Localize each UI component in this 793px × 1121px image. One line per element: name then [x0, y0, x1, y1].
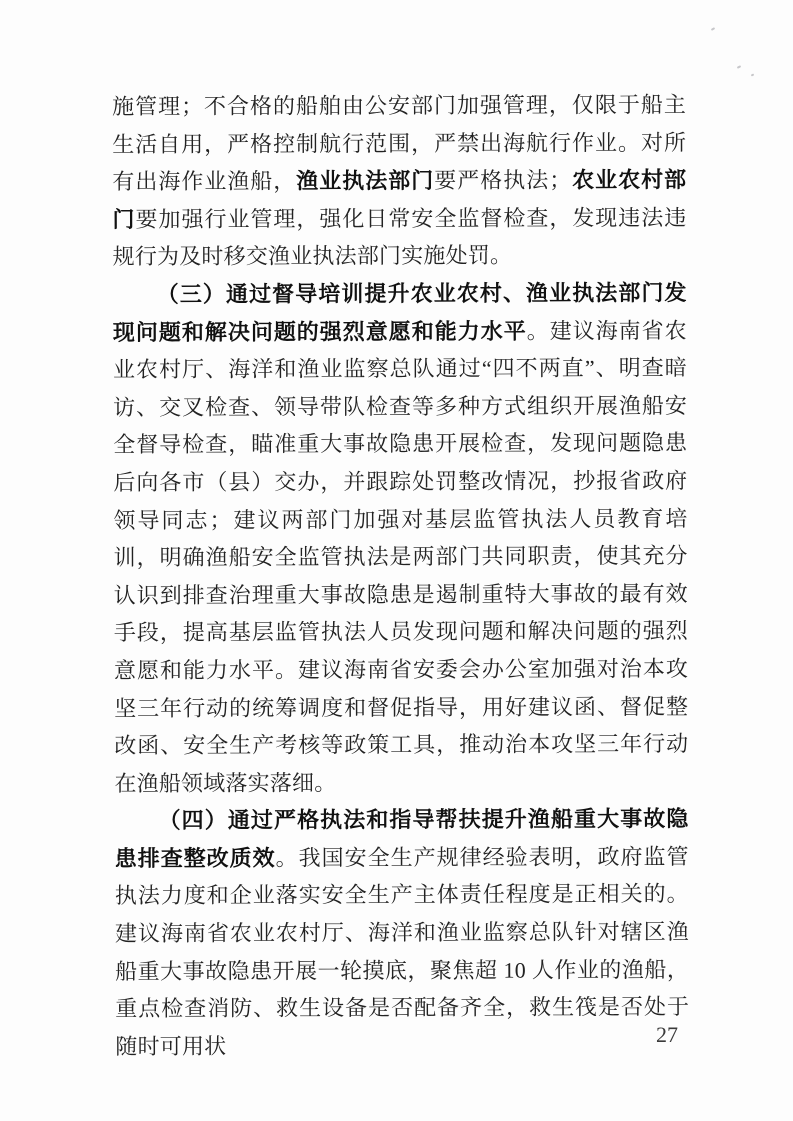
page-number: 27 [656, 1022, 678, 1048]
scanned-document-page: 施管理；不合格的船舶由公安部门加强管理，仅限于船主生活自用，严格控制航行范围，严… [0, 0, 793, 1121]
para-continuation: 施管理；不合格的船舶由公安部门加强管理，仅限于船主生活自用，严格控制航行范围，严… [112, 86, 687, 276]
para-section-3: （三）通过督导培训提升农业农村、渔业执法部门发现问题和解决问题的强烈意愿和能力水… [113, 274, 689, 802]
document-body: 施管理；不合格的船舶由公安部门加强管理，仅限于船主生活自用，严格控制航行范围，严… [112, 86, 689, 1065]
text-segment: 。建议海南省农业农村厅、海洋和渔业监察总队通过“四不两直”、明查暗访、交叉检查、… [113, 318, 688, 796]
bold-text-segment: 渔业执法部门 [296, 168, 434, 193]
scan-speck [711, 27, 715, 31]
text-segment: 要严格执法； [434, 168, 571, 193]
text-segment: 。我国安全生产规律经验表明，政府监管执法力度和企业落实安全生产主体责任程度是正相… [115, 844, 689, 1059]
scan-speck [737, 65, 741, 69]
para-section-4: （四）通过严格执法和指导帮扶提升渔船重大事故隐患排查整改质效。我国安全生产规律经… [114, 800, 689, 1065]
text-segment: 要加强行业管理，强化日常安全监督检查，发现违法违规行为及时移交渔业执法部门实施处… [113, 205, 687, 270]
scan-speck [751, 74, 755, 77]
